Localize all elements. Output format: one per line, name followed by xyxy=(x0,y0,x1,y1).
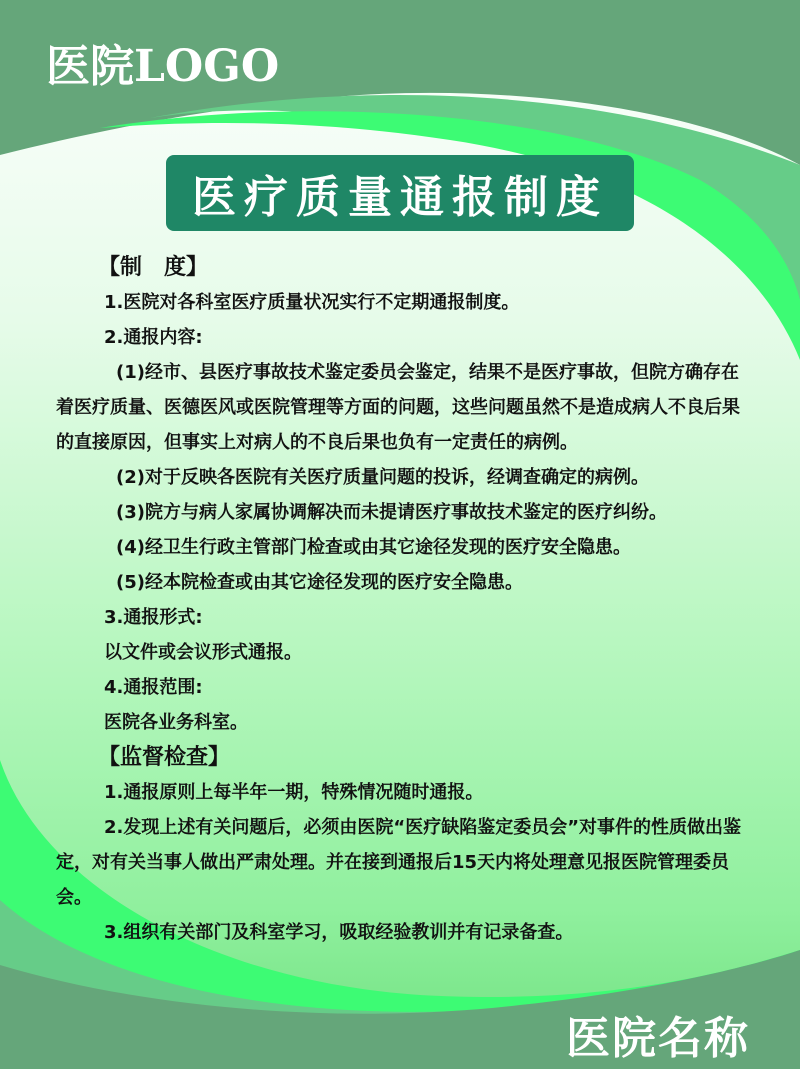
system-item-1: 1.医院对各科室医疗质量状况实行不定期通报制度。 xyxy=(56,285,746,320)
supervision-item-3: 3.组织有关部门及科室学习，吸取经验教训并有记录备查。 xyxy=(56,915,746,950)
system-sub-2: (2)对于反映各医院有关医疗质量问题的投诉，经调查确定的病例。 xyxy=(56,460,746,495)
system-item-4: 4.通报范围: xyxy=(56,670,746,705)
system-sub-3: (3)院方与病人家属协调解决而未提请医疗事故技术鉴定的医疗纠纷。 xyxy=(56,495,746,530)
system-item-3: 3.通报形式: xyxy=(56,600,746,635)
hospital-logo: 医院LOGO xyxy=(46,30,279,94)
page-title: 医疗质量通报制度 xyxy=(192,161,608,225)
system-item-3-text: 以文件或会议形式通报。 xyxy=(56,635,746,670)
supervision-item-2: 2.发现上述有关问题后，必须由医院“医疗缺陷鉴定委员会”对事件的性质做出鉴定，对… xyxy=(56,810,746,915)
section-heading-supervision: 【监督检查】 xyxy=(56,740,746,775)
hospital-name: 医院名称 xyxy=(566,1002,750,1066)
system-sub-1: (1)经市、县医疗事故技术鉴定委员会鉴定，结果不是医疗事故，但院方确存在着医疗质… xyxy=(56,355,746,460)
document-body: 【制 度】 1.医院对各科室医疗质量状况实行不定期通报制度。 2.通报内容: (… xyxy=(56,250,746,950)
section-heading-system: 【制 度】 xyxy=(56,250,746,285)
supervision-item-1: 1.通报原则上每半年一期，特殊情况随时通报。 xyxy=(56,775,746,810)
system-item-4-text: 医院各业务科室。 xyxy=(56,705,746,740)
system-sub-4: (4)经卫生行政主管部门检查或由其它途径发现的医疗安全隐患。 xyxy=(56,530,746,565)
page-title-box: 医疗质量通报制度 xyxy=(166,155,634,231)
system-item-2: 2.通报内容: xyxy=(56,320,746,355)
system-sub-5: (5)经本院检查或由其它途径发现的医疗安全隐患。 xyxy=(56,565,746,600)
